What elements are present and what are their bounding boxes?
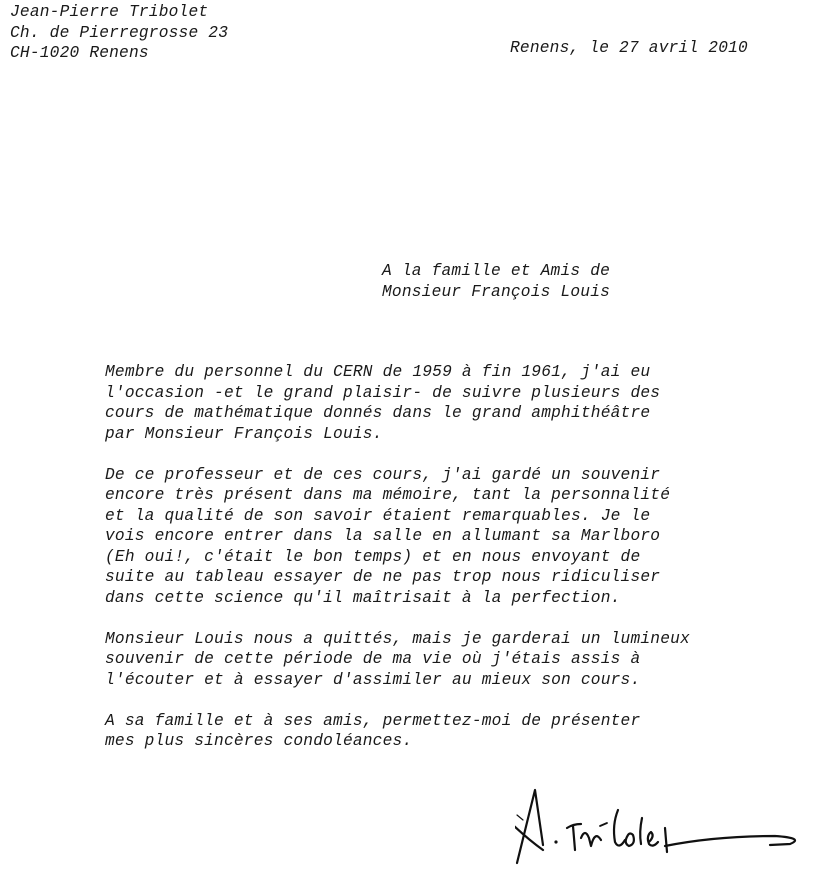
sender-street: Ch. de Pierregrosse 23	[10, 23, 228, 44]
body-line: De ce professeur et de ces cours, j'ai g…	[105, 465, 690, 486]
body-line: encore très présent dans ma mémoire, tan…	[105, 485, 690, 506]
body-line: souvenir de cette période de ma vie où j…	[105, 649, 690, 670]
sender-address: Jean-Pierre Tribolet Ch. de Pierregrosse…	[10, 2, 228, 64]
body-line: par Monsieur François Louis.	[105, 424, 690, 445]
body-line: suite au tableau essayer de ne pas trop …	[105, 567, 690, 588]
paragraph-memory: De ce professeur et de ces cours, j'ai g…	[105, 465, 690, 609]
body-line: l'occasion -et le grand plaisir- de suiv…	[105, 383, 690, 404]
letter-body: Membre du personnel du CERN de 1959 à fi…	[105, 362, 690, 772]
body-line: dans cette science qu'il maîtrisait à la…	[105, 588, 690, 609]
body-line: Membre du personnel du CERN de 1959 à fi…	[105, 362, 690, 383]
paragraph-farewell: Monsieur Louis nous a quittés, mais je g…	[105, 629, 690, 691]
recipient-line: Monsieur François Louis	[382, 282, 610, 303]
sender-name: Jean-Pierre Tribolet	[10, 2, 228, 23]
date-line: Renens, le 27 avril 2010	[510, 38, 748, 59]
sender-city: CH-1020 Renens	[10, 43, 228, 64]
recipient-address: A la famille et Amis de Monsieur Françoi…	[382, 261, 610, 302]
body-line: l'écouter et à essayer d'assimiler au mi…	[105, 670, 690, 691]
paragraph-cern: Membre du personnel du CERN de 1959 à fi…	[105, 362, 690, 444]
signature-icon	[515, 780, 810, 880]
recipient-line: A la famille et Amis de	[382, 261, 610, 282]
body-line: A sa famille et à ses amis, permettez-mo…	[105, 711, 690, 732]
body-line: cours de mathématique donnés dans le gra…	[105, 403, 690, 424]
paragraph-condolences: A sa famille et à ses amis, permettez-mo…	[105, 711, 690, 752]
signature	[515, 780, 810, 880]
body-line: Monsieur Louis nous a quittés, mais je g…	[105, 629, 690, 650]
body-line: et la qualité de son savoir étaient rema…	[105, 506, 690, 527]
body-line: vois encore entrer dans la salle en allu…	[105, 526, 690, 547]
body-line: mes plus sincères condoléances.	[105, 731, 690, 752]
body-line: (Eh oui!, c'était le bon temps) et en no…	[105, 547, 690, 568]
